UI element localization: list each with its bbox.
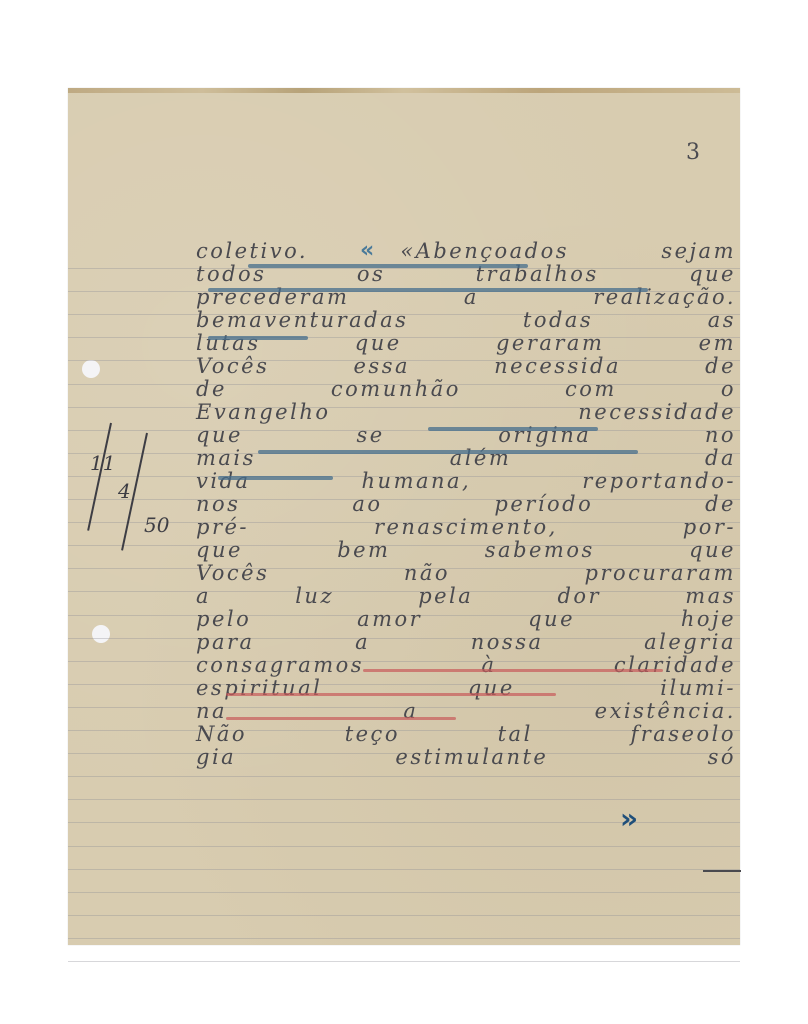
blue-underline: [208, 336, 308, 340]
word: procuraram: [585, 562, 736, 585]
ruled-line: [68, 961, 740, 962]
word: estimulante: [395, 746, 548, 769]
blue-underline: [248, 264, 528, 268]
date-month: 4: [118, 479, 131, 503]
ruled-line: [68, 846, 740, 847]
ruled-line: [68, 869, 740, 870]
text-line: pré-renascimento,por-: [196, 516, 736, 539]
text-line: aluzpeladormas: [196, 585, 736, 608]
handwritten-text: coletivo.«Abençoadossejamtodosostrabalho…: [196, 240, 736, 769]
date-day: 11: [90, 451, 115, 475]
word: a: [196, 585, 211, 608]
word: gia: [196, 746, 236, 769]
word: «Abençoados: [400, 240, 569, 263]
text-line: paraanossaalegria: [196, 631, 736, 654]
red-underline: [226, 717, 456, 720]
word: só: [708, 746, 736, 769]
word: não: [404, 562, 450, 585]
date-year: 50: [144, 513, 169, 537]
text-line: giaestimulantesó: [196, 746, 736, 769]
word: da: [705, 447, 736, 470]
ruled-line: [68, 776, 740, 777]
text-line: Nãoteçotalfraseolo: [196, 723, 736, 746]
word: de: [705, 493, 736, 516]
word: nossa: [471, 631, 544, 654]
word: existência.: [595, 700, 736, 723]
line-end-dash: [703, 870, 741, 872]
blue-underline: [258, 450, 638, 454]
word: bemaventuradas: [196, 309, 408, 332]
text-line: Vocêsessanecessidade: [196, 355, 736, 378]
word: claridade: [614, 654, 736, 677]
word: todas: [523, 309, 593, 332]
word: necessidade: [578, 401, 736, 424]
text-line: decomunhãocomo: [196, 378, 736, 401]
word: renascimento,: [374, 516, 558, 539]
text-line: Vocêsnãoprocuraram: [196, 562, 736, 585]
margin-date: 11 4 50: [88, 423, 178, 563]
text-line: consagramosàclaridade: [196, 654, 736, 677]
text-line: quebemsabemosque: [196, 539, 736, 562]
blue-underline: [428, 427, 598, 431]
word: o: [721, 378, 736, 401]
paper-top-edge: [68, 88, 740, 93]
word: que: [528, 608, 575, 631]
ruled-line: [68, 822, 740, 823]
word: coletivo.: [196, 240, 308, 263]
word: bem: [337, 539, 390, 562]
word: alegria: [644, 631, 736, 654]
word: período: [494, 493, 593, 516]
word: luz: [295, 585, 334, 608]
word: humana,: [362, 470, 472, 493]
word: Vocês: [196, 355, 269, 378]
word: vida: [196, 470, 251, 493]
word: para: [196, 631, 255, 654]
word: à: [481, 654, 496, 677]
word: amor: [357, 608, 422, 631]
word: tal: [498, 723, 533, 746]
word: ilumi-: [660, 677, 736, 700]
word: pela: [418, 585, 473, 608]
word: fraseolo: [630, 723, 736, 746]
word: em: [699, 332, 736, 355]
word: pelo: [196, 608, 251, 631]
word: mais: [196, 447, 256, 470]
word: que: [468, 677, 515, 700]
word: que: [355, 332, 402, 355]
text-line: coletivo.«Abençoadossejam: [196, 240, 736, 263]
word: no: [705, 424, 736, 447]
word: Evangelho: [196, 401, 331, 424]
blue-underline: [218, 476, 333, 480]
word: Vocês: [196, 562, 269, 585]
word: essa: [353, 355, 410, 378]
close-quote-mark: »: [620, 802, 638, 835]
date-slash: [87, 423, 112, 531]
word: sabemos: [485, 539, 595, 562]
manuscript-page: 3 11 4 50 coletivo.«Abençoadossejamtodos…: [68, 88, 740, 945]
ruled-line: [68, 915, 740, 916]
word: as: [708, 309, 736, 332]
punch-hole-top: [82, 360, 100, 378]
red-underline: [363, 669, 663, 672]
word: se: [356, 424, 384, 447]
word: que: [196, 424, 243, 447]
page-number: 3: [686, 140, 700, 165]
word: sejam: [661, 240, 736, 263]
text-line: vidahumana,reportando-: [196, 470, 736, 493]
text-line: Evangelhonecessidade: [196, 401, 736, 424]
word: de: [196, 378, 227, 401]
word: por-: [683, 516, 736, 539]
ruled-line: [68, 799, 740, 800]
word: de: [705, 355, 736, 378]
ruled-line: [68, 938, 740, 939]
word: nos: [196, 493, 240, 516]
word: hoje: [681, 608, 736, 631]
word: que: [196, 539, 243, 562]
word: mas: [685, 585, 736, 608]
word: dor: [557, 585, 601, 608]
word: espiritual: [196, 677, 322, 700]
word: que: [689, 263, 736, 286]
word: que: [689, 539, 736, 562]
text-line: espiritualqueilumi-: [196, 677, 736, 700]
punch-hole-bottom: [92, 625, 110, 643]
word: Não: [196, 723, 247, 746]
text-line: bemaventuradastodasas: [196, 309, 736, 332]
open-quote-mark: «: [360, 238, 374, 263]
text-line: peloamorquehoje: [196, 608, 736, 631]
blue-underline: [208, 288, 648, 292]
word: comunhão: [331, 378, 461, 401]
word: ao: [352, 493, 382, 516]
ruled-line: [68, 892, 740, 893]
red-underline: [226, 693, 556, 696]
word: com: [565, 378, 617, 401]
word: a: [355, 631, 370, 654]
word: consagramos: [196, 654, 364, 677]
word: na: [196, 700, 227, 723]
word: necessida: [494, 355, 621, 378]
word: pré-: [196, 516, 249, 539]
word: reportando-: [582, 470, 736, 493]
word: teço: [345, 723, 400, 746]
word: geraram: [496, 332, 604, 355]
text-line: nosaoperíodode: [196, 493, 736, 516]
